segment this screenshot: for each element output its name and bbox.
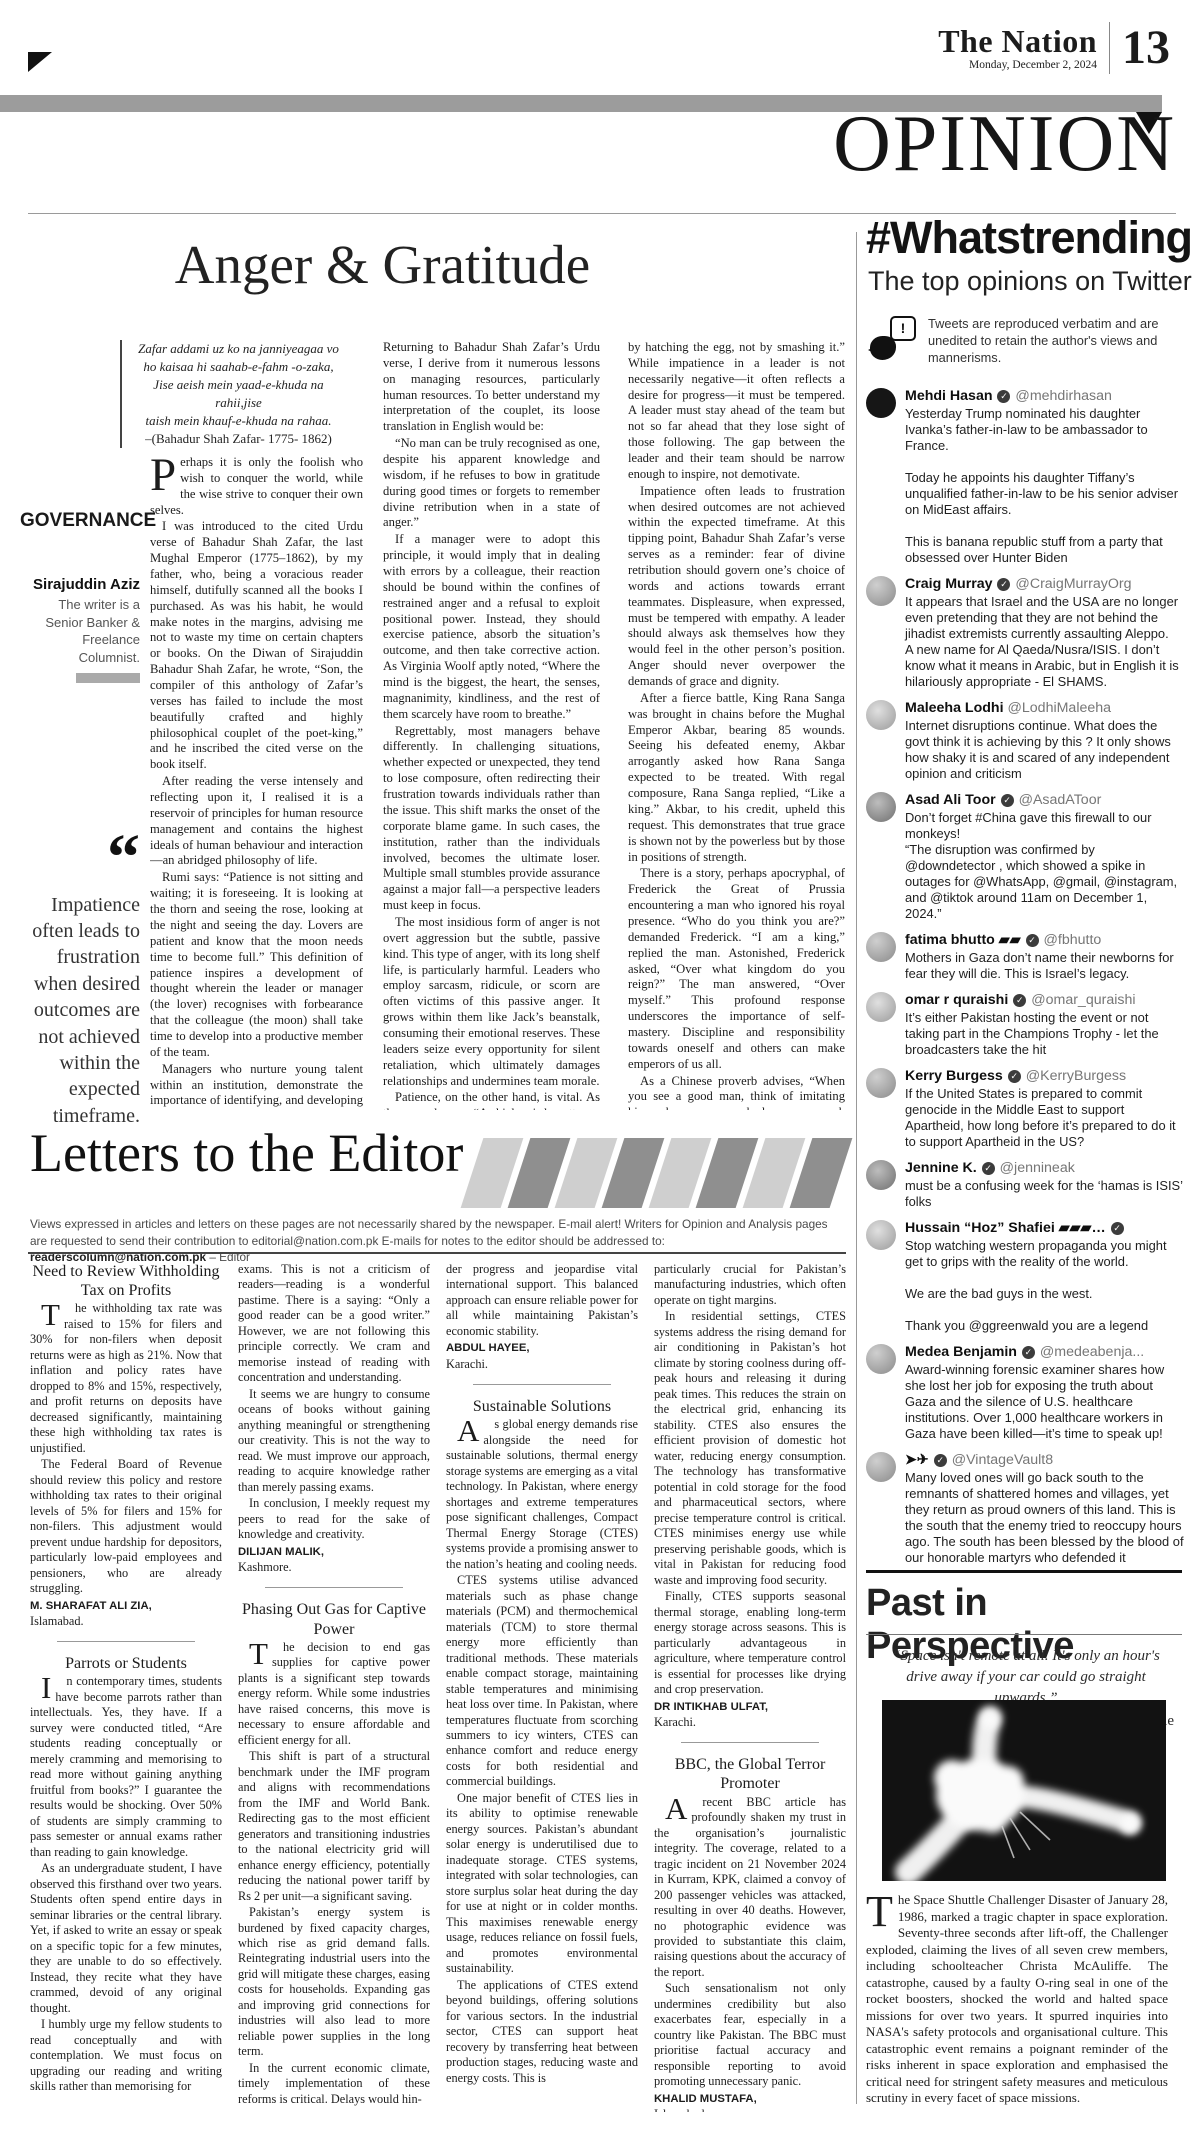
author-bio: The writer is a Senior Banker & Freelanc… bbox=[20, 596, 140, 666]
letter-paragraph: In contemporary times, students have bec… bbox=[30, 1674, 222, 1860]
letter-paragraph: The applications of CTES extend beyond b… bbox=[446, 1978, 638, 2086]
tweet: Hussain “Hoz” Shafiei ▰▰▰… ✓ Stop watchi… bbox=[866, 1220, 1184, 1334]
article-kicker: GOVERNANCE bbox=[20, 510, 140, 532]
letter-city: Islamabad. bbox=[30, 1614, 222, 1629]
letter-heading: Sustainable Solutions bbox=[446, 1397, 638, 1416]
author-accent-bar bbox=[76, 673, 140, 683]
verified-icon: ✓ bbox=[1022, 1346, 1035, 1359]
article-paragraph: The most insidious form of anger is not … bbox=[383, 915, 600, 1089]
tweet-handle: @KerryBurgess bbox=[1026, 1068, 1126, 1084]
tweet-author: Kerry Burgess bbox=[905, 1068, 1003, 1084]
masthead: The Nation Monday, December 2, 2024 13 bbox=[938, 22, 1170, 74]
letter-paragraph: One major benefit of CTES lies in its ab… bbox=[446, 1791, 638, 1977]
verified-icon: ✓ bbox=[1026, 934, 1039, 947]
quote-mark-icon: “ bbox=[18, 838, 140, 878]
tweet-handle: @VintageVault8 bbox=[952, 1452, 1053, 1468]
tweet-text: Award-winning forensic examiner shares h… bbox=[905, 1362, 1184, 1442]
tweet: omar r quraishi ✓ @omar_quraishi It’s ei… bbox=[866, 992, 1184, 1058]
letter-heading: Need to Review Withholding Tax on Profit… bbox=[30, 1262, 222, 1300]
tweet-author: ➤✈ bbox=[905, 1452, 929, 1468]
article-paragraph: After a fierce battle, King Rana Sanga w… bbox=[628, 691, 845, 865]
letter-paragraph: Finally, CTES supports seasonal thermal … bbox=[654, 1589, 846, 1697]
letter-paragraph: A recent BBC article has profoundly shak… bbox=[654, 1795, 846, 1981]
tweet-author: omar r quraishi bbox=[905, 992, 1008, 1008]
corner-flag-icon bbox=[28, 52, 52, 72]
letter-signature: DR INTIKHAB ULFAT, bbox=[654, 1700, 846, 1714]
article-title: Anger & Gratitude bbox=[110, 236, 655, 294]
epigraph-attribution: –(Bahadur Shah Zafar- 1775- 1862) bbox=[131, 430, 346, 448]
letter-signature: KHALID MUSTAFA, bbox=[654, 2092, 846, 2106]
letter-paragraph: It seems we are hungry to consume oceans… bbox=[238, 1387, 430, 1495]
verified-icon: ✓ bbox=[1008, 1070, 1021, 1083]
letters-stripes bbox=[472, 1138, 841, 1208]
article-paragraph: Returning to Bahadur Shah Zafar’s Urdu v… bbox=[383, 340, 600, 435]
past-title-underline bbox=[866, 1634, 1182, 1635]
tweet: Mehdi Hasan ✓ @mehdirhasan Yesterday Tru… bbox=[866, 388, 1184, 566]
tweet-text: Many loved ones will go back south to th… bbox=[905, 1470, 1184, 1566]
letter-paragraph: In the current economic climate, timely … bbox=[238, 2061, 430, 2107]
verified-icon: ✓ bbox=[982, 1162, 995, 1175]
avatar bbox=[866, 1220, 896, 1250]
letter-divider bbox=[265, 1587, 403, 1588]
letter-paragraph: The withholding tax rate was raised to 1… bbox=[30, 1301, 222, 1456]
letter-heading: BBC, the Global Terror Promoter bbox=[654, 1755, 846, 1793]
masthead-divider bbox=[1109, 22, 1110, 74]
letters-column-2: exams. This is not a criticism of reader… bbox=[238, 1262, 430, 2112]
article-column-3: by hatching the egg, not by smashing it.… bbox=[628, 340, 845, 1110]
tweet-text: must be a confusing week for the ‘hamas … bbox=[905, 1178, 1184, 1210]
letter-paragraph: der progress and jeopardise vital intern… bbox=[446, 1262, 638, 1339]
verified-icon: ✓ bbox=[934, 1454, 947, 1467]
avatar bbox=[866, 576, 896, 606]
tweet-text: Yesterday Trump nominated his daughter I… bbox=[905, 406, 1184, 566]
avatar bbox=[866, 792, 896, 822]
avatar bbox=[866, 1160, 896, 1190]
tweet-author: Medea Benjamin bbox=[905, 1344, 1017, 1360]
verified-icon: ✓ bbox=[1013, 994, 1026, 1007]
letter-paragraph: As global energy demands rise alongside … bbox=[446, 1417, 638, 1572]
pull-quote-text: Impatience often leads to frustration wh… bbox=[18, 892, 140, 1130]
whatstrending-subtitle: The top opinions on Twitter bbox=[868, 266, 1192, 297]
tweet-handle: @CraigMurrayOrg bbox=[1015, 576, 1131, 592]
column-divider bbox=[856, 232, 857, 2104]
past-body: The Space Shuttle Challenger Disaster of… bbox=[866, 1892, 1168, 2112]
letter-paragraph: In conclusion, I meekly request my peers… bbox=[238, 1496, 430, 1542]
letter-city: Kashmore. bbox=[238, 1560, 430, 1575]
letters-title: Letters to the Editor bbox=[30, 1126, 463, 1180]
tweet-text: It’s either Pakistan hosting the event o… bbox=[905, 1010, 1184, 1058]
letter-heading: Parrots or Students bbox=[30, 1654, 222, 1673]
challenger-photo-illustration bbox=[882, 1700, 1166, 1881]
letters-column-3: der progress and jeopardise vital intern… bbox=[446, 1262, 638, 2112]
tweet: fatima bhutto ▰▰ ✓ @fbhutto Mothers in G… bbox=[866, 932, 1184, 982]
tweet: Maleeha Lodhi @LodhiMaleeha Internet dis… bbox=[866, 700, 1184, 782]
issue-date: Monday, December 2, 2024 bbox=[938, 59, 1097, 71]
letter-paragraph: This shift is part of a structural bench… bbox=[238, 1749, 430, 1904]
tweet-disclaimer: ! Tweets are reproduced verbatim and are… bbox=[868, 316, 1184, 370]
tweet: ➤✈ ✓ @VintageVault8 Many loved ones will… bbox=[866, 1452, 1184, 1566]
author-box: Sirajuddin Aziz The writer is a Senior B… bbox=[20, 576, 140, 688]
article-paragraph: There is a story, perhaps apocryphal, of… bbox=[628, 866, 845, 1072]
paper-title: The Nation bbox=[938, 25, 1097, 57]
avatar bbox=[866, 700, 896, 730]
verified-icon: ✓ bbox=[997, 390, 1010, 403]
letter-paragraph: As an undergraduate student, I have obse… bbox=[30, 1861, 222, 2016]
tweet-list: Mehdi Hasan ✓ @mehdirhasan Yesterday Tru… bbox=[866, 388, 1184, 1566]
page-number: 13 bbox=[1122, 24, 1170, 72]
tweet-text: Don’t forget #China gave this firewall t… bbox=[905, 810, 1184, 922]
avatar bbox=[866, 388, 896, 418]
tweet-handle: @omar_quraishi bbox=[1031, 992, 1135, 1008]
tweet-text: It appears that Israel and the USA are n… bbox=[905, 594, 1184, 690]
article-column-2: Returning to Bahadur Shah Zafar’s Urdu v… bbox=[383, 340, 600, 1110]
article-paragraph: Patience, on the other hand, is vital. A… bbox=[383, 1090, 600, 1110]
letter-signature: DILIJAN MALIK, bbox=[238, 1545, 430, 1559]
avatar bbox=[866, 1344, 896, 1374]
newspaper-page: The Nation Monday, December 2, 2024 13 O… bbox=[0, 0, 1200, 2133]
letters-note-text: Views expressed in articles and letters … bbox=[30, 1217, 828, 1248]
tweet-author: Hussain “Hoz” Shafiei ▰▰▰… bbox=[905, 1220, 1106, 1236]
article-paragraph: Regrettably, most managers behave differ… bbox=[383, 724, 600, 914]
letter-paragraph: I humbly urge my fellow students to read… bbox=[30, 2017, 222, 2094]
verified-icon: ✓ bbox=[1111, 1222, 1124, 1235]
letter-paragraph: Such sensationalism not only undermines … bbox=[654, 1981, 846, 2089]
tweet-handle: @LodhiMaleeha bbox=[1008, 700, 1112, 716]
tweet-handle: @mehdirhasan bbox=[1015, 388, 1111, 404]
tweet-handle: @jennineak bbox=[1000, 1160, 1075, 1176]
article-paragraph: “No man can be truly recognised as one, … bbox=[383, 436, 600, 531]
tweet-handle: @fbhutto bbox=[1044, 932, 1102, 948]
article-paragraph: Managers who nurture young talent within… bbox=[150, 1062, 363, 1110]
avatar bbox=[866, 932, 896, 962]
letter-signature: ABDUL HAYEE, bbox=[446, 1341, 638, 1355]
tweet-author: Mehdi Hasan bbox=[905, 388, 993, 404]
letter-paragraph: The Federal Board of Revenue should revi… bbox=[30, 1457, 222, 1596]
tweet: Kerry Burgess ✓ @KerryBurgess If the Uni… bbox=[866, 1068, 1184, 1150]
tweet-text: If the United States is prepared to comm… bbox=[905, 1086, 1184, 1150]
tweet: Asad Ali Toor ✓ @AsadAToor Don’t forget … bbox=[866, 792, 1184, 922]
tweet-author: Craig Murray bbox=[905, 576, 993, 592]
avatar bbox=[866, 992, 896, 1022]
letters-note: Views expressed in articles and letters … bbox=[30, 1216, 842, 1266]
letter-paragraph: In residential settings, CTES systems ad… bbox=[654, 1309, 846, 1588]
letter-divider bbox=[473, 1384, 611, 1385]
tweet-author: Jennine K. bbox=[905, 1160, 977, 1176]
letter-paragraph: CTES systems utilise advanced materials … bbox=[446, 1573, 638, 1790]
letter-paragraph: particularly crucial for Pakistan’s manu… bbox=[654, 1262, 846, 1308]
tweet: Craig Murray ✓ @CraigMurrayOrg It appear… bbox=[866, 576, 1184, 690]
whatstrending-title: #Whatstrending bbox=[866, 212, 1192, 264]
article-paragraph: If a manager were to adopt this principl… bbox=[383, 532, 600, 722]
article-paragraph: Perhaps it is only the foolish who wish … bbox=[150, 455, 363, 518]
tweet-handle: @AsadAToor bbox=[1019, 792, 1102, 808]
article-paragraph: I was introduced to the cited Urdu verse… bbox=[150, 519, 363, 773]
article-paragraph: After reading the verse intensely and re… bbox=[150, 774, 363, 869]
letter-city: Karachi. bbox=[654, 1715, 846, 1730]
article-paragraph: Impatience often leads to frustration wh… bbox=[628, 484, 845, 690]
letter-paragraph: Pakistan’s energy system is burdened by … bbox=[238, 1905, 430, 2060]
letter-signature: M. SHARAFAT ALI ZIA, bbox=[30, 1599, 222, 1613]
tweet-text: Internet disruptions continue. What does… bbox=[905, 718, 1184, 782]
letter-divider bbox=[681, 1742, 819, 1743]
article-paragraph: As a Chinese proverb advises, “When you … bbox=[628, 1074, 845, 1110]
tweet-text: Mothers in Gaza don’t name their newborn… bbox=[905, 950, 1184, 982]
letter-paragraph: exams. This is not a criticism of reader… bbox=[238, 1262, 430, 1386]
avatar bbox=[866, 1452, 896, 1482]
epigraph-verse: Zafar addami uz ko na janniyeagaa vo ho … bbox=[131, 340, 346, 430]
letter-heading: Phasing Out Gas for Captive Power bbox=[238, 1600, 430, 1638]
tweet-author: fatima bhutto ▰▰ bbox=[905, 932, 1021, 948]
article-epigraph: Zafar addami uz ko na janniyeagaa vo ho … bbox=[120, 340, 346, 448]
section-title: OPINION bbox=[833, 104, 1176, 184]
tweet-handle: @medeabenja... bbox=[1040, 1344, 1144, 1360]
tweet-author: Maleeha Lodhi bbox=[905, 700, 1004, 716]
article-paragraph: Rumi says: “Patience is not sitting and … bbox=[150, 870, 363, 1060]
tweet: Medea Benjamin ✓ @medeabenja... Award-wi… bbox=[866, 1344, 1184, 1442]
author-name: Sirajuddin Aziz bbox=[20, 576, 140, 593]
tweet: Jennine K. ✓ @jennineak must be a confus… bbox=[866, 1160, 1184, 1210]
past-quote-text: “Space isn't remote at all. It's only an… bbox=[892, 1648, 1160, 1706]
verified-icon: ✓ bbox=[1001, 794, 1014, 807]
tweet-text: Stop watching western propaganda you mig… bbox=[905, 1238, 1184, 1334]
tweet-author: Asad Ali Toor bbox=[905, 792, 996, 808]
article-column-1: Perhaps it is only the foolish who wish … bbox=[150, 455, 363, 1110]
letters-column-4: particularly crucial for Pakistan’s manu… bbox=[654, 1262, 846, 2112]
bird-alert-icon: ! bbox=[868, 316, 920, 370]
article-paragraph: by hatching the egg, not by smashing it.… bbox=[628, 340, 845, 483]
verified-icon: ✓ bbox=[997, 578, 1010, 591]
letter-paragraph: The decision to end gas supplies for cap… bbox=[238, 1640, 430, 1748]
avatar bbox=[866, 1068, 896, 1098]
past-section-rule bbox=[866, 1570, 1182, 1573]
letters-rule bbox=[28, 1252, 846, 1254]
letter-divider bbox=[57, 1641, 195, 1642]
letters-column-1: Need to Review Withholding Tax on Profit… bbox=[30, 1262, 222, 2112]
letter-city: Islamabad. bbox=[654, 2107, 846, 2112]
pull-quote: “ Impatience often leads to frustration … bbox=[18, 838, 140, 1129]
letter-city: Karachi. bbox=[446, 1357, 638, 1372]
